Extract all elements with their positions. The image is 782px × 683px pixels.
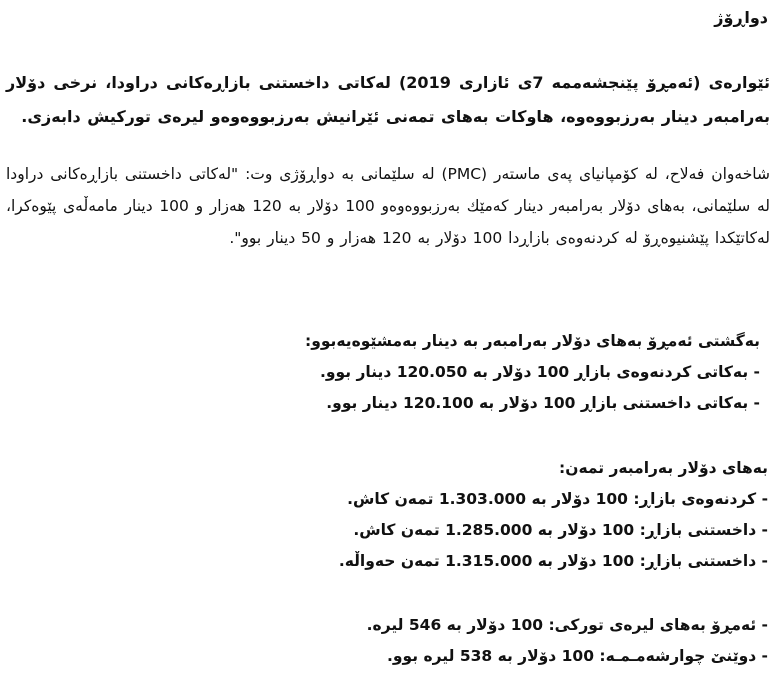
- list-item: - بەکاتی کردنەوەی بازاڕ 100 دۆلار بە 120…: [305, 357, 760, 388]
- dinar-rates-list: - بەکاتی کردنەوەی بازاڕ 100 دۆلار بە 120…: [305, 357, 760, 419]
- lira-rates-list: - ئەمڕۆ بەهای لیرەی تورکی: 100 دۆلار بە …: [367, 610, 768, 672]
- article-lead-paragraph: ئێوارەی (ئەمڕۆ پێنجشەممە 7ی ئازاری 2019)…: [6, 66, 770, 134]
- article-quote-paragraph: شاخەوان فەلاح، لە کۆمپانیای پەی ماستەر (…: [6, 158, 770, 254]
- toman-rates-list: - کردنەوەی بازاڕ: 100 دۆلار بە 1.303.000…: [339, 484, 768, 577]
- list-item: - داخستنی بازاڕ: 100 دۆلار بە 1.285.000 …: [339, 515, 768, 546]
- article-page: دواڕۆژ ئێوارەی (ئەمڕۆ پێنجشەممە 7ی ئازار…: [0, 0, 782, 683]
- article-source: دواڕۆژ: [714, 6, 768, 30]
- list-item: - کردنەوەی بازاڕ: 100 دۆلار بە 1.303.000…: [339, 484, 768, 515]
- dinar-rates-title: بەگشتی ئەمڕۆ بەهای دۆلار بەرامبەر بە دین…: [305, 326, 760, 357]
- list-item: - بەکاتی داخستنی بازاڕ 100 دۆلار بە 120.…: [305, 388, 760, 419]
- list-item: - دوێنێ چوارشەمـمـە: 100 دۆلار بە 538 لی…: [367, 641, 768, 672]
- list-item: - ئەمڕۆ بەهای لیرەی تورکی: 100 دۆلار بە …: [367, 610, 768, 641]
- list-item: - داخستنی بازاڕ: 100 دۆلار بە 1.315.000 …: [339, 546, 768, 577]
- toman-rates-section: بەهای دۆلار بەرامبەر تمەن: - کردنەوەی با…: [339, 453, 768, 577]
- dinar-rates-section: بەگشتی ئەمڕۆ بەهای دۆلار بەرامبەر بە دین…: [305, 326, 760, 419]
- lira-rates-section: - ئەمڕۆ بەهای لیرەی تورکی: 100 دۆلار بە …: [367, 610, 768, 672]
- toman-rates-title: بەهای دۆلار بەرامبەر تمەن:: [339, 453, 768, 484]
